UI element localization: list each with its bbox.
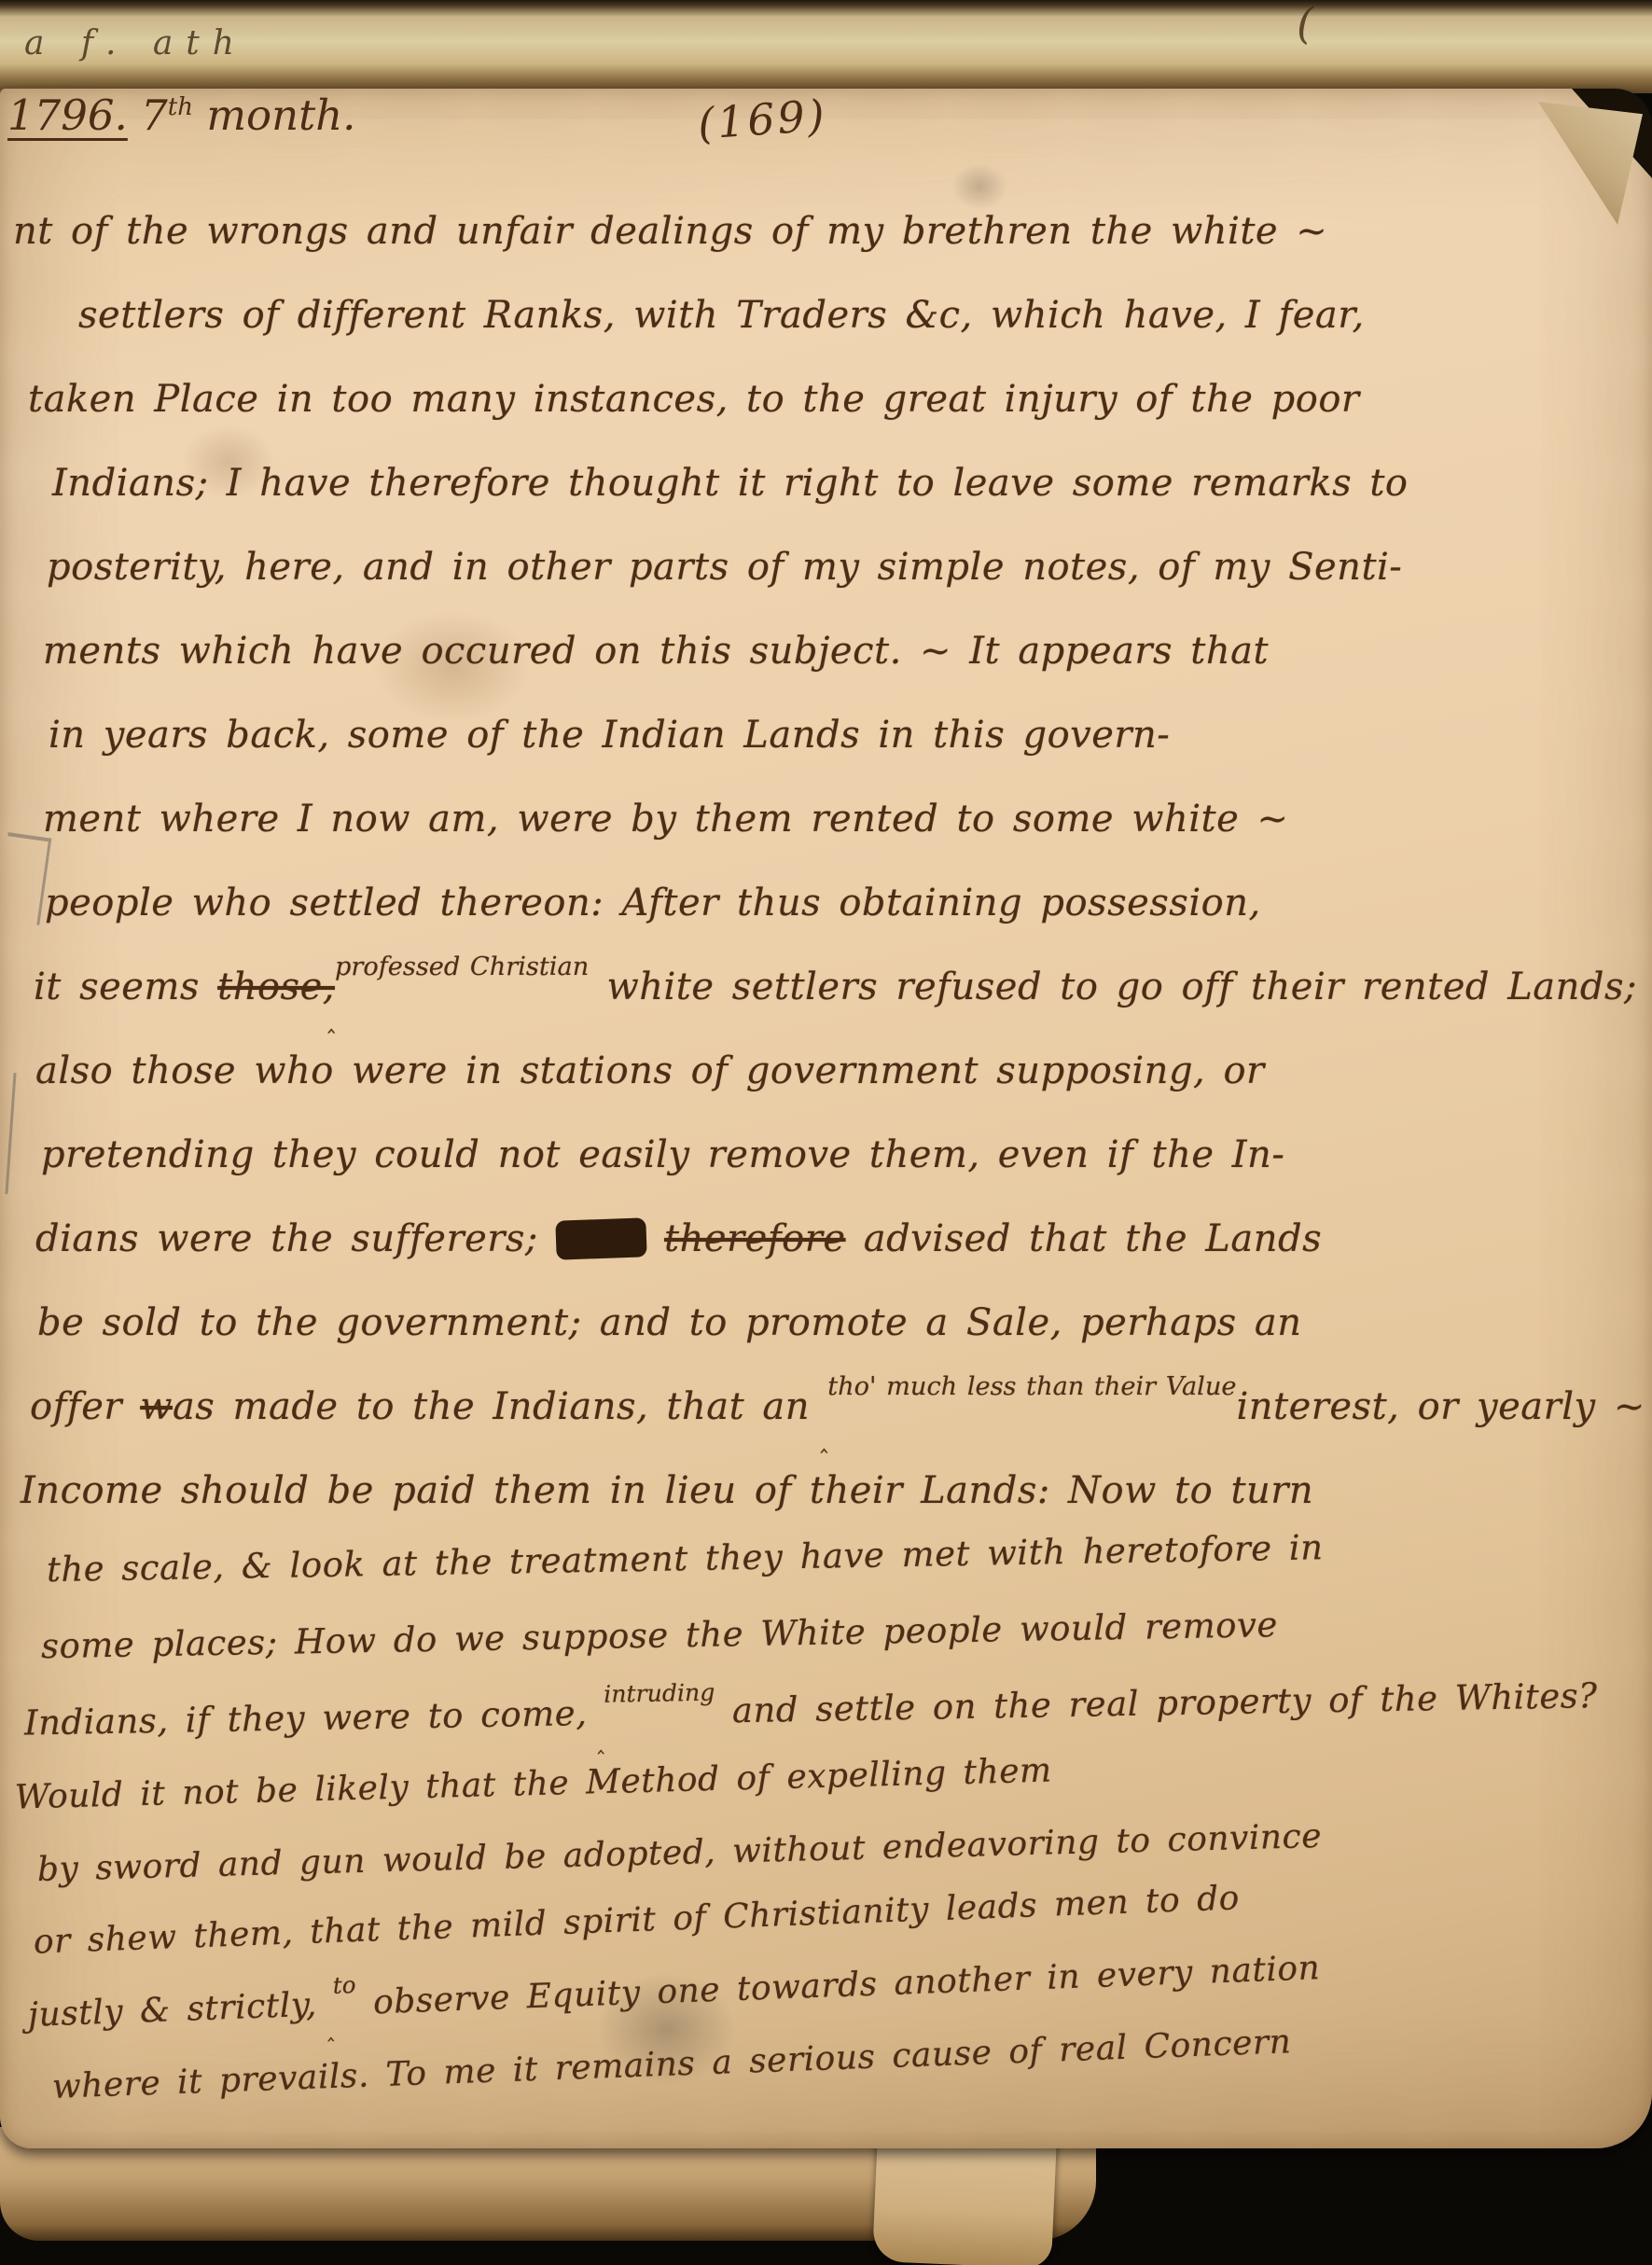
text-segment: some places; How do we suppose the White… bbox=[41, 1605, 1279, 1666]
manuscript-page: 1796. 7th month. (169) nt of the wrongs … bbox=[0, 89, 1652, 2148]
text-segment: Indians, if they were to come, bbox=[24, 1693, 604, 1744]
text-segment: in years back, some of the Indian Lands … bbox=[49, 714, 1170, 757]
manuscript-line: it seems those,professed Christian white… bbox=[0, 945, 1652, 1029]
text-segment: settlers of different Ranks, with Trader… bbox=[78, 294, 1365, 337]
manuscript-line: also those who were in stations of gover… bbox=[0, 1029, 1652, 1113]
previous-page-text-fragment-left: a f. ath bbox=[24, 24, 247, 63]
text-segment: th bbox=[168, 93, 193, 121]
manuscript-line: ment where I now am, were by them rented… bbox=[0, 777, 1652, 861]
text-segment bbox=[646, 1217, 664, 1260]
manuscript-line: nt of the wrongs and unfair dealings of … bbox=[0, 189, 1652, 273]
text-segment: people who settled thereon: After thus o… bbox=[45, 882, 1261, 924]
text-segment: dians were the sufferers; bbox=[35, 1217, 556, 1260]
text-segment: the scale, & look at the treatment they … bbox=[47, 1527, 1324, 1590]
previous-page-text-fragment-right: ( bbox=[1297, 0, 1313, 49]
previous-page-edge: a f. ath ( bbox=[0, 0, 1652, 93]
manuscript-line: pretending they could not easily remove … bbox=[0, 1113, 1652, 1197]
text-segment: also those who were in stations of gover… bbox=[35, 1049, 1265, 1092]
text-segment: month. bbox=[193, 90, 355, 140]
manuscript-scan: a f. ath ( 1796. 7th month. (169) nt of … bbox=[0, 0, 1652, 2265]
manuscript-line: offer was made to the Indians, that an t… bbox=[0, 1365, 1652, 1449]
text-segment: Income should be paid them in lieu of th… bbox=[21, 1469, 1313, 1512]
manuscript-line: ments which have occured on this subject… bbox=[0, 609, 1652, 693]
text-segment: therefore bbox=[664, 1217, 845, 1260]
text-segment: taken Place in too many instances, to th… bbox=[28, 378, 1360, 421]
text-segment: as made to the Indians, that an bbox=[173, 1385, 827, 1428]
text-segment: nt of the wrongs and unfair dealings of … bbox=[13, 210, 1327, 253]
interline-insertion: professed Christian bbox=[335, 952, 589, 981]
interline-insertion: intruding bbox=[604, 1679, 715, 1708]
text-segment: and bbox=[555, 1217, 646, 1259]
manuscript-line: be sold to the government; and to promot… bbox=[0, 1281, 1652, 1365]
manuscript-body: nt of the wrongs and unfair dealings of … bbox=[0, 189, 1652, 2126]
interline-insertion: tho' much less than their Value bbox=[827, 1372, 1236, 1401]
text-segment: posterity, here, and in other parts of m… bbox=[47, 546, 1402, 589]
text-segment: ment where I now am, were by them rented… bbox=[43, 798, 1289, 841]
text-segment: it seems bbox=[34, 966, 217, 1008]
manuscript-line: dians were the sufferers; and therefore … bbox=[0, 1197, 1652, 1281]
page-number: (169) bbox=[696, 90, 828, 149]
text-segment: offer bbox=[30, 1385, 140, 1428]
manuscript-line: Indians; I have therefore thought it rig… bbox=[0, 441, 1652, 525]
text-segment: w bbox=[140, 1385, 173, 1428]
text-segment: 7 bbox=[128, 90, 168, 140]
manuscript-line: people who settled thereon: After thus o… bbox=[0, 861, 1652, 945]
text-segment: Would it not be likely that the Method o… bbox=[14, 1751, 1052, 1816]
text-segment: advised that the Lands bbox=[846, 1217, 1323, 1260]
date-heading: 1796. 7th month. bbox=[7, 90, 355, 140]
manuscript-line: in years back, some of the Indian Lands … bbox=[0, 693, 1652, 777]
text-segment: pretending they could not easily remove … bbox=[41, 1133, 1284, 1176]
text-segment: interest, or yearly ~ bbox=[1236, 1385, 1645, 1428]
text-segment: ments which have occured on this subject… bbox=[43, 630, 1269, 673]
manuscript-line: taken Place in too many instances, to th… bbox=[0, 357, 1652, 441]
text-segment: and settle on the real property of the W… bbox=[715, 1675, 1598, 1731]
text-segment: justly & strictly, bbox=[27, 1985, 334, 2035]
text-segment: be sold to the government; and to promot… bbox=[37, 1301, 1302, 1344]
manuscript-line: settlers of different Ranks, with Trader… bbox=[0, 273, 1652, 357]
text-segment: 1796. bbox=[7, 90, 128, 140]
text-segment: Indians; I have therefore thought it rig… bbox=[52, 462, 1409, 505]
interline-insertion: to bbox=[332, 1971, 356, 1999]
manuscript-line: posterity, here, and in other parts of m… bbox=[0, 525, 1652, 609]
text-segment: those, bbox=[217, 966, 335, 1008]
text-segment: white settlers refused to go off their r… bbox=[589, 966, 1637, 1008]
